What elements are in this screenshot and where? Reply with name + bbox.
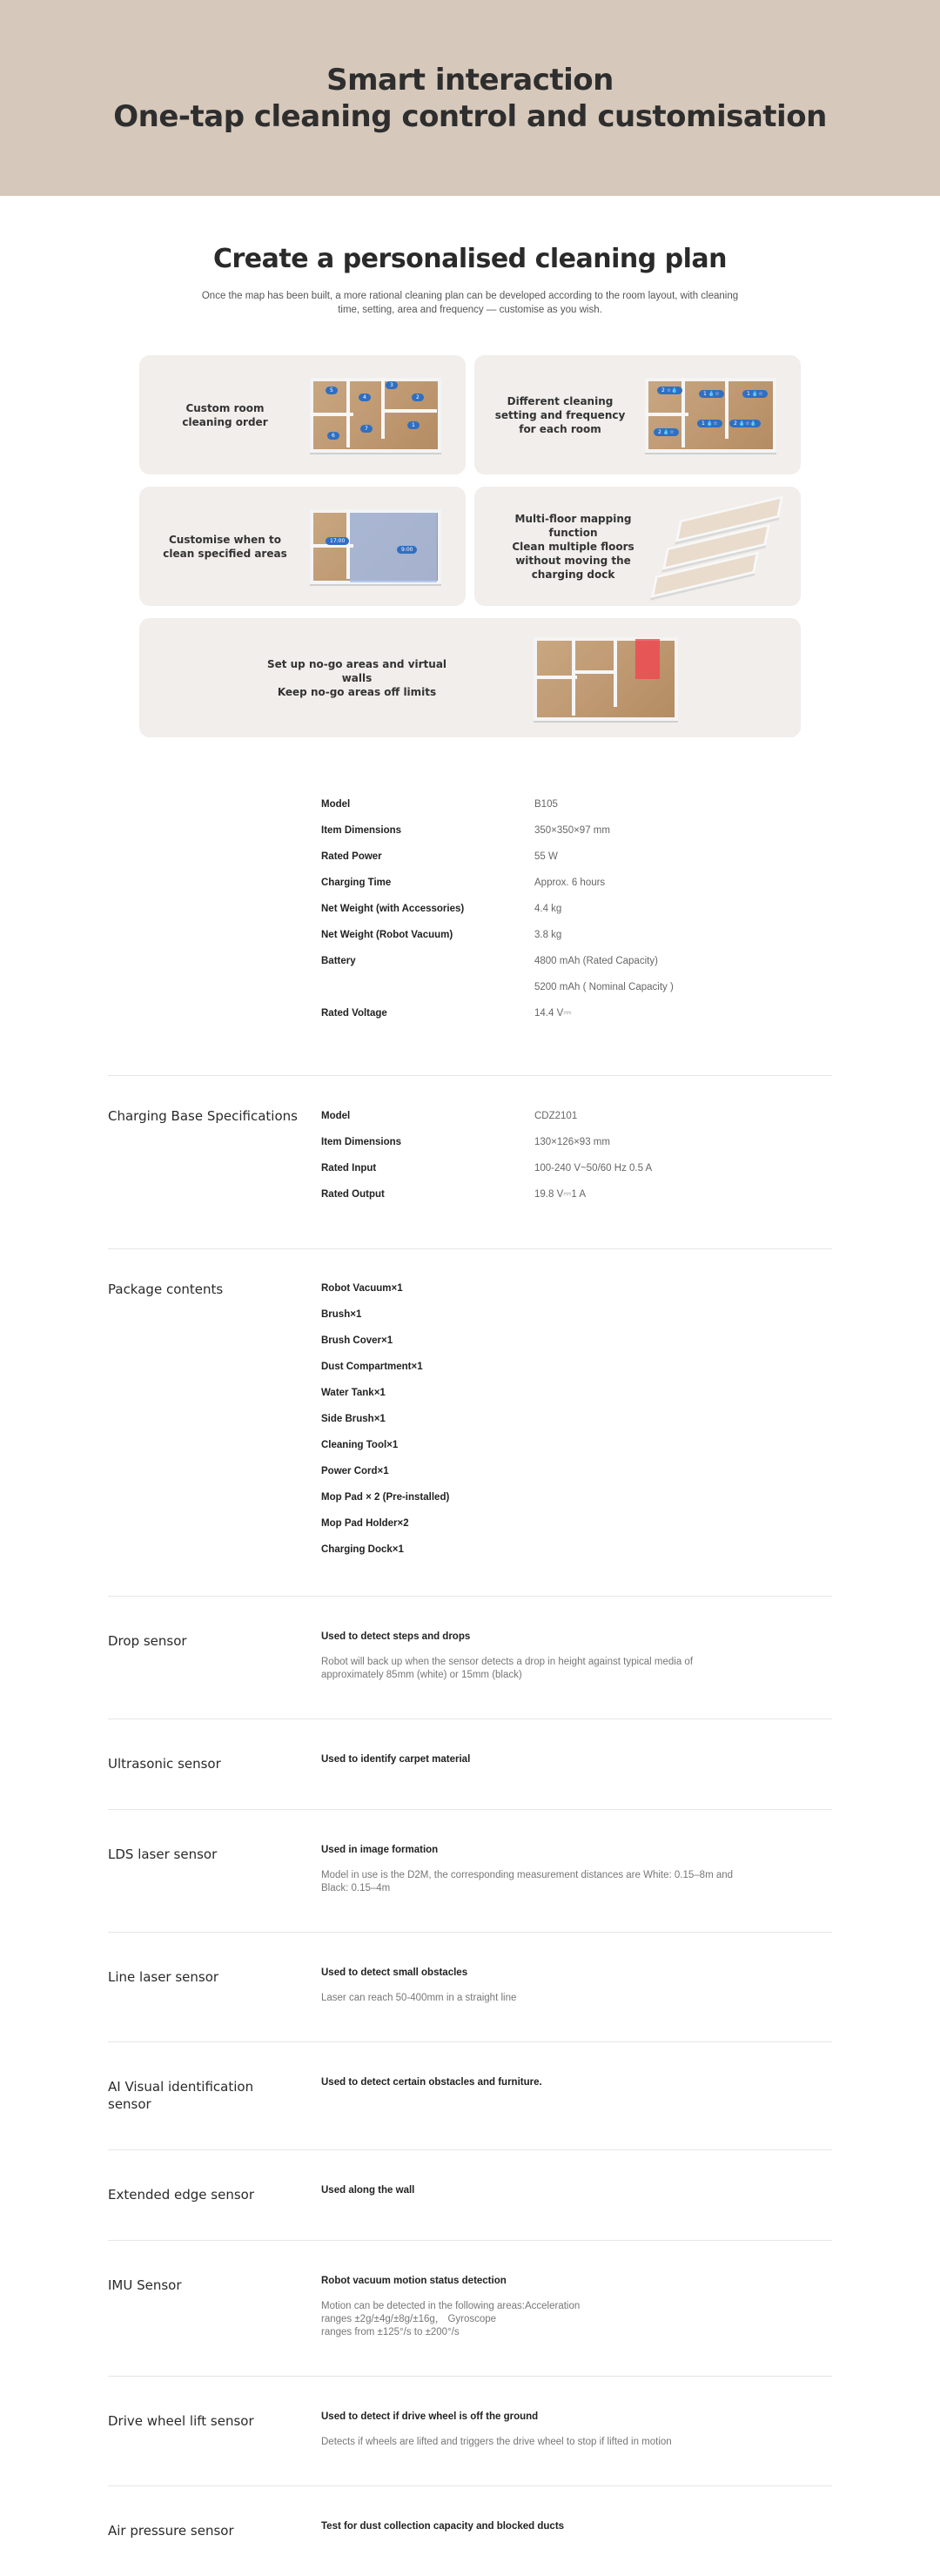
spec-label: Model <box>321 791 534 817</box>
room-order-tag: 3 <box>386 381 398 389</box>
package-item: Mop Pad Holder×2 <box>321 1510 832 1537</box>
feature-card-text: Set up no-go areas and virtual walls Kee… <box>139 657 453 699</box>
spec-label: Net Weight (Robot Vacuum) <box>321 922 534 948</box>
floorplan-numbered-rooms-image: 5 3 4 2 1 7 6 <box>303 371 446 458</box>
sensor-name: Line laser sensor <box>108 1966 321 2005</box>
sensor-purpose: Used along the wall <box>321 2183 832 2197</box>
hero-banner: Smart interaction One-tap cleaning contr… <box>0 0 940 196</box>
package-item: Water Tank×1 <box>321 1380 832 1406</box>
room-order-tag: 1 <box>407 421 420 429</box>
robot-spec-table: ModelB105Item Dimensions350×350×97 mmRat… <box>321 737 832 1075</box>
section-subtitle: Once the map has been built, a more rati… <box>200 289 740 317</box>
sensor-purpose: Used in image formation <box>321 1843 832 1857</box>
package-item: Charging Dock×1 <box>321 1537 832 1563</box>
room-order-tag: 7 <box>360 425 373 433</box>
spec-value: 19.8 V⎓1 A <box>534 1181 586 1207</box>
hero-title: Smart interaction One-tap cleaning contr… <box>113 62 827 135</box>
room-order-tag: 6 <box>327 432 339 440</box>
spec-value: 55 W <box>534 844 558 870</box>
sensor-purpose: Used to detect certain obstacles and fur… <box>321 2075 832 2089</box>
schedule-time-tag: 9:00 <box>397 546 417 554</box>
sensor-description: Robot will back up when the sensor detec… <box>321 1656 739 1682</box>
sensor-section: Extended edge sensorUsed along the wall <box>108 2149 832 2240</box>
package-item: Brush Cover×1 <box>321 1328 832 1354</box>
feature-card-text: Customise when to clean specified areas <box>139 533 296 561</box>
spec-row: Net Weight (with Accessories)4.4 kg <box>321 896 832 922</box>
room-setting-tag: 2 ☆💧 <box>657 387 682 394</box>
spec-value: 350×350×97 mm <box>534 817 610 844</box>
sensor-section: LDS laser sensorUsed in image formationM… <box>108 1809 832 1932</box>
sensor-section: Air pressure sensorTest for dust collect… <box>108 2485 832 2576</box>
spec-value: 3.8 kg <box>534 922 561 948</box>
sensor-list: Drop sensorUsed to detect steps and drop… <box>108 1596 832 2576</box>
package-item: Cleaning Tool×1 <box>321 1432 832 1458</box>
sensor-name: Extended edge sensor <box>108 2183 321 2203</box>
room-setting-tag: 1 💧☆ <box>699 390 724 398</box>
feature-card-text: Custom room cleaning order <box>139 401 296 429</box>
cleaning-plan-section: Create a personalised cleaning plan Once… <box>0 196 940 737</box>
feature-card-room-settings: Different cleaning setting and frequency… <box>474 355 801 474</box>
package-list: Robot Vacuum×1Brush×1Brush Cover×1Dust C… <box>321 1275 832 1563</box>
charging-base-spec-table: ModelCDZ2101Item Dimensions130×126×93 mm… <box>321 1103 832 1207</box>
sensor-name: Drive wheel lift sensor <box>108 2410 321 2449</box>
spec-label: Rated Voltage <box>321 1000 534 1026</box>
schedule-time-tag: 17:00 <box>326 537 349 545</box>
room-order-tag: 4 <box>359 393 371 401</box>
floorplan-no-go-zone-image <box>527 630 683 726</box>
feature-card-text: Different cleaning setting and frequency… <box>474 394 631 436</box>
room-setting-tag: 1 💧☆ <box>697 420 722 427</box>
floorplan-scheduled-areas-image: 17:00 9:00 <box>303 502 446 589</box>
spec-value: 5200 mAh ( Nominal Capacity ) <box>534 974 674 1000</box>
package-item: Power Cord×1 <box>321 1458 832 1484</box>
room-setting-tag: 1 💧☆ <box>742 390 768 398</box>
spec-label <box>321 974 534 1000</box>
spec-label: Battery <box>321 948 534 974</box>
spec-value: 4.4 kg <box>534 896 561 922</box>
spec-row: ModelB105 <box>321 791 832 817</box>
room-order-tag: 5 <box>326 387 338 394</box>
room-setting-tag: 2 💧☆ <box>654 428 679 436</box>
spec-row: 5200 mAh ( Nominal Capacity ) <box>321 974 832 1000</box>
spec-row: Item Dimensions350×350×97 mm <box>321 817 832 844</box>
section-heading: Charging Base Specifications <box>108 1103 321 1207</box>
spec-label: Model <box>321 1103 534 1129</box>
spec-label: Item Dimensions <box>321 1129 534 1155</box>
sensor-section: AI Visual identification sensorUsed to d… <box>108 2041 832 2149</box>
spec-label: Rated Power <box>321 844 534 870</box>
spec-row: Rated Power55 W <box>321 844 832 870</box>
spec-value: 100-240 V~50/60 Hz 0.5 A <box>534 1155 652 1181</box>
spec-label: Charging Time <box>321 870 534 896</box>
sensor-description: Motion can be detected in the following … <box>321 2300 739 2339</box>
spec-row: Rated Input100-240 V~50/60 Hz 0.5 A <box>321 1155 832 1181</box>
spec-value: Approx. 6 hours <box>534 870 605 896</box>
sensor-name: Ultrasonic sensor <box>108 1752 321 1772</box>
sensor-purpose: Used to detect steps and drops <box>321 1630 832 1644</box>
spec-value: 130×126×93 mm <box>534 1129 610 1155</box>
feature-card-no-go-zones: Set up no-go areas and virtual walls Kee… <box>139 618 801 737</box>
spec-value: 4800 mAh (Rated Capacity) <box>534 948 658 974</box>
specifications: ModelB105Item Dimensions350×350×97 mmRat… <box>108 737 832 2576</box>
floorplan-room-settings-image: 2 ☆💧 1 💧☆ 1 💧☆ 1 💧☆ 2 💧☆💧 2 💧☆ <box>638 371 782 458</box>
sensor-description: Model in use is the D2M, the correspondi… <box>321 1869 739 1895</box>
spec-row: Rated Output19.8 V⎓1 A <box>321 1181 832 1207</box>
sensor-section: Line laser sensorUsed to detect small ob… <box>108 1932 832 2041</box>
sensor-section: Drop sensorUsed to detect steps and drop… <box>108 1596 832 1718</box>
spec-row: Item Dimensions130×126×93 mm <box>321 1129 832 1155</box>
sensor-name: Drop sensor <box>108 1630 321 1682</box>
spec-label: Item Dimensions <box>321 817 534 844</box>
spec-label: Rated Input <box>321 1155 534 1181</box>
package-item: Side Brush×1 <box>321 1406 832 1432</box>
sensor-purpose: Used to detect small obstacles <box>321 1966 832 1980</box>
feature-card-text: Multi-floor mapping function Clean multi… <box>474 512 657 582</box>
package-item: Robot Vacuum×1 <box>321 1275 832 1301</box>
feature-cards: Custom room cleaning order 5 3 4 2 1 7 6 <box>139 355 801 737</box>
spec-label: Rated Output <box>321 1181 534 1207</box>
spec-value: B105 <box>534 791 558 817</box>
multi-floor-maps-image <box>647 502 790 589</box>
sensor-purpose: Test for dust collection capacity and bl… <box>321 2519 832 2533</box>
sensor-section: IMU SensorRobot vacuum motion status det… <box>108 2240 832 2376</box>
room-order-tag: 2 <box>412 393 424 401</box>
package-item: Brush×1 <box>321 1301 832 1328</box>
spec-value: 14.4 V⎓ <box>534 1000 571 1026</box>
package-contents-section: Package contents Robot Vacuum×1Brush×1Br… <box>108 1248 832 1596</box>
sensor-purpose: Robot vacuum motion status detection <box>321 2274 832 2288</box>
spec-value: CDZ2101 <box>534 1103 577 1129</box>
hero-title-line1: Smart interaction <box>326 63 614 98</box>
room-setting-tag: 2 💧☆💧 <box>729 420 761 427</box>
section-title: Create a personalised cleaning plan <box>0 242 940 277</box>
spec-row: Battery4800 mAh (Rated Capacity) <box>321 948 832 974</box>
sensor-name: Air pressure sensor <box>108 2519 321 2539</box>
sensor-description: Laser can reach 50-400mm in a straight l… <box>321 1992 739 2005</box>
sensor-purpose: Used to detect if drive wheel is off the… <box>321 2410 832 2424</box>
sensor-section: Ultrasonic sensorUsed to identify carpet… <box>108 1718 832 1809</box>
sensor-purpose: Used to identify carpet material <box>321 1752 832 1766</box>
sensor-section: Drive wheel lift sensorUsed to detect if… <box>108 2376 832 2485</box>
feature-card-room-order: Custom room cleaning order 5 3 4 2 1 7 6 <box>139 355 466 474</box>
section-heading: Package contents <box>108 1275 321 1563</box>
spec-row: ModelCDZ2101 <box>321 1103 832 1129</box>
hero-title-line2: One-tap cleaning control and customisati… <box>113 99 827 134</box>
spec-row: Net Weight (Robot Vacuum)3.8 kg <box>321 922 832 948</box>
sensor-description: Detects if wheels are lifted and trigger… <box>321 2436 739 2449</box>
package-item: Mop Pad × 2 (Pre-installed) <box>321 1484 832 1510</box>
spec-label: Net Weight (with Accessories) <box>321 896 534 922</box>
feature-card-scheduled-areas: Customise when to clean specified areas … <box>139 487 466 606</box>
spec-row: Charging TimeApprox. 6 hours <box>321 870 832 896</box>
charging-base-section: Charging Base Specifications ModelCDZ210… <box>108 1075 832 1248</box>
sensor-name: AI Visual identification sensor <box>108 2075 321 2113</box>
package-item: Dust Compartment×1 <box>321 1354 832 1380</box>
feature-card-multi-floor: Multi-floor mapping function Clean multi… <box>474 487 801 606</box>
spec-row: Rated Voltage14.4 V⎓ <box>321 1000 832 1026</box>
sensor-name: LDS laser sensor <box>108 1843 321 1895</box>
sensor-name: IMU Sensor <box>108 2274 321 2339</box>
